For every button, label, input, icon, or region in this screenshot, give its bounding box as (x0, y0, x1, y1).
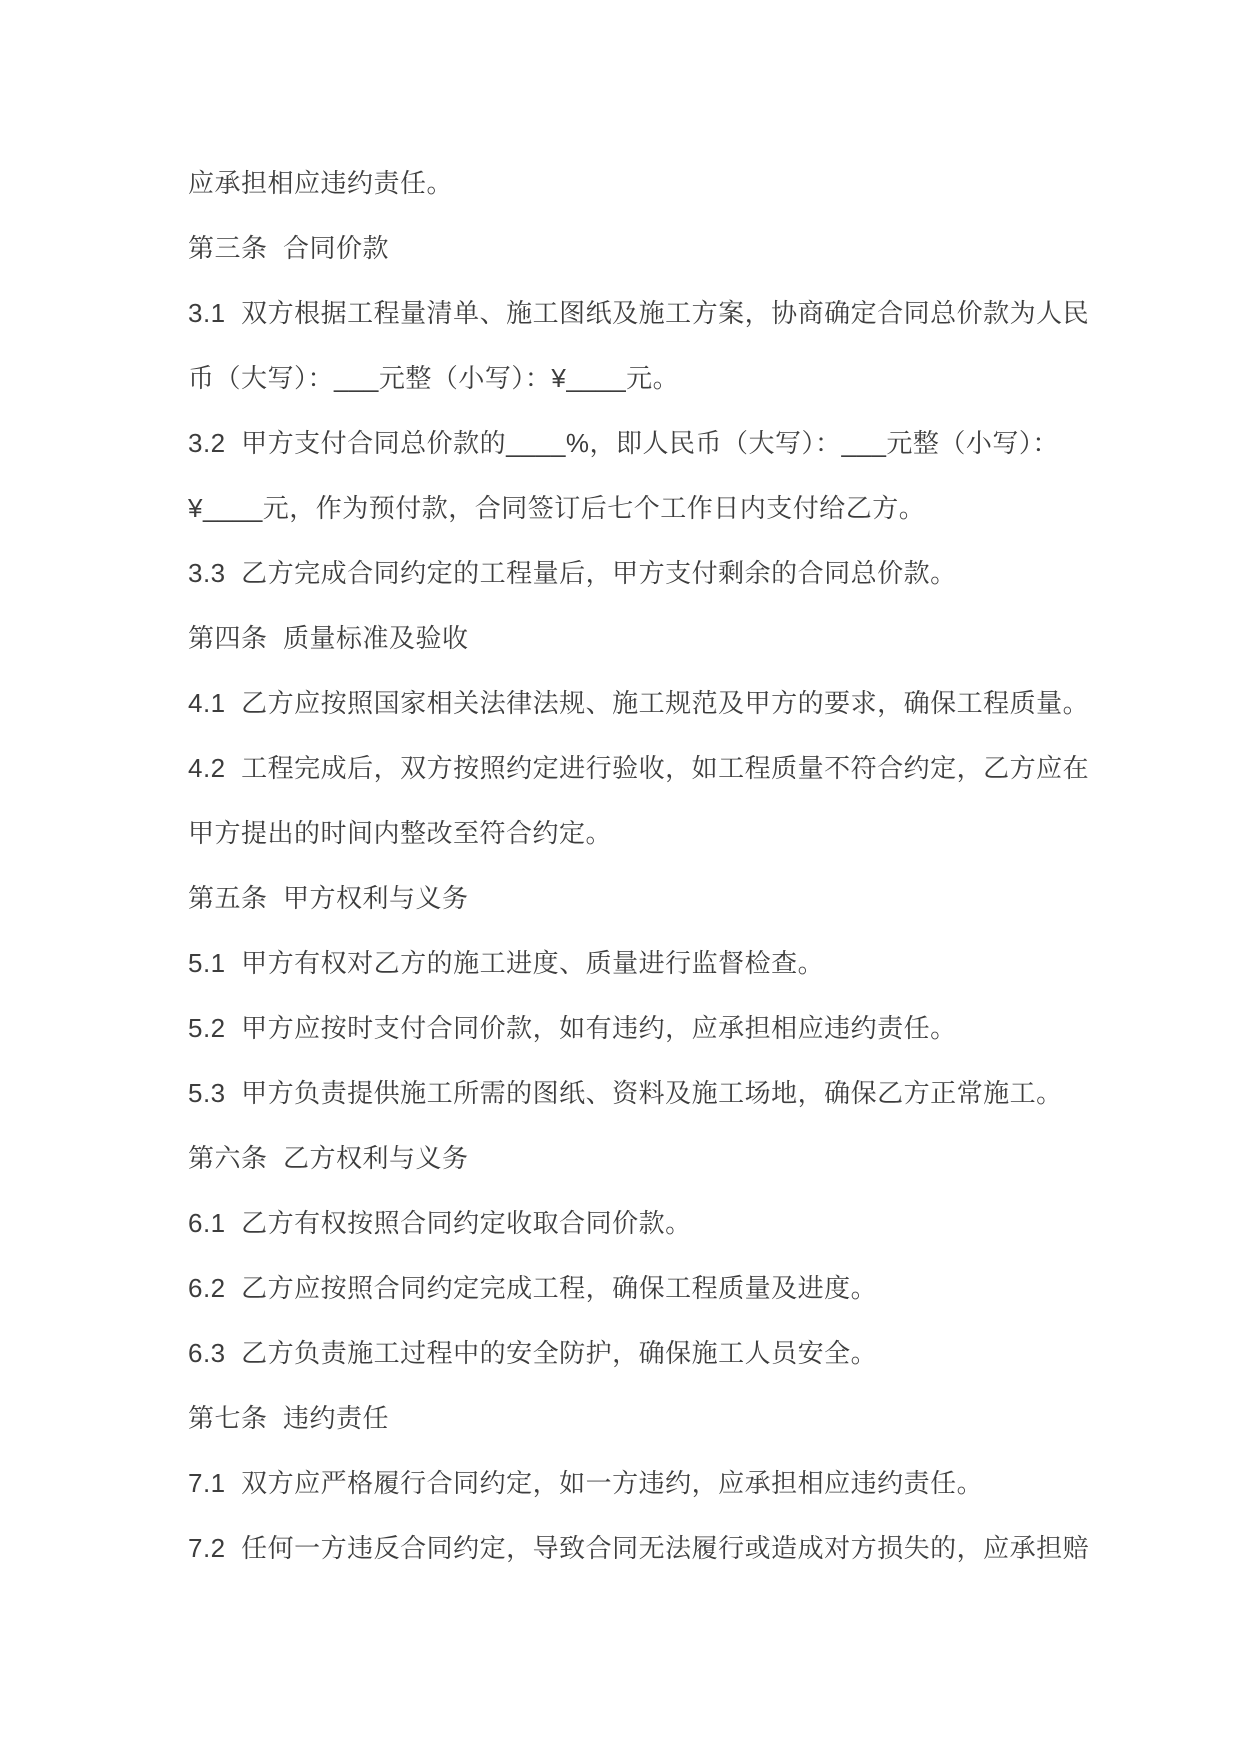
document-line: 3.2 甲方支付合同总价款的____%，即人民币（大写）：___元整（小写）： (188, 411, 1072, 476)
document-line: 甲方提出的时间内整改至符合约定。 (188, 801, 1072, 866)
document-line: 4.1 乙方应按照国家相关法律法规、施工规范及甲方的要求，确保工程质量。 (188, 671, 1072, 736)
document-line: 6.1 乙方有权按照合同约定收取合同价款。 (188, 1191, 1072, 1256)
document-line: 币（大写）：___元整（小写）：¥____元。 (188, 346, 1072, 411)
document-line: 应承担相应违约责任。 (188, 151, 1072, 216)
document-line: 第三条 合同价款 (188, 216, 1072, 281)
document-line: 第五条 甲方权利与义务 (188, 866, 1072, 931)
document-text-block: 应承担相应违约责任。第三条 合同价款3.1 双方根据工程量清单、施工图纸及施工方… (188, 151, 1072, 1581)
document-line: 6.3 乙方负责施工过程中的安全防护，确保施工人员安全。 (188, 1321, 1072, 1386)
document-line: 第六条 乙方权利与义务 (188, 1126, 1072, 1191)
document-line: 5.3 甲方负责提供施工所需的图纸、资料及施工场地，确保乙方正常施工。 (188, 1061, 1072, 1126)
document-line: 3.3 乙方完成合同约定的工程量后，甲方支付剩余的合同总价款。 (188, 541, 1072, 606)
document-line: 6.2 乙方应按照合同约定完成工程，确保工程质量及进度。 (188, 1256, 1072, 1321)
document-line: 5.1 甲方有权对乙方的施工进度、质量进行监督检查。 (188, 931, 1072, 996)
document-page: 应承担相应违约责任。第三条 合同价款3.1 双方根据工程量清单、施工图纸及施工方… (0, 0, 1240, 1753)
document-line: 第四条 质量标准及验收 (188, 606, 1072, 671)
document-line: 第七条 违约责任 (188, 1386, 1072, 1451)
document-line: 7.2 任何一方违反合同约定，导致合同无法履行或造成对方损失的，应承担赔 (188, 1516, 1072, 1581)
document-line: 5.2 甲方应按时支付合同价款，如有违约，应承担相应违约责任。 (188, 996, 1072, 1061)
document-line: ¥____元，作为预付款，合同签订后七个工作日内支付给乙方。 (188, 476, 1072, 541)
document-line: 7.1 双方应严格履行合同约定，如一方违约，应承担相应违约责任。 (188, 1451, 1072, 1516)
document-line: 3.1 双方根据工程量清单、施工图纸及施工方案，协商确定合同总价款为人民 (188, 281, 1072, 346)
document-line: 4.2 工程完成后，双方按照约定进行验收，如工程质量不符合约定，乙方应在 (188, 736, 1072, 801)
